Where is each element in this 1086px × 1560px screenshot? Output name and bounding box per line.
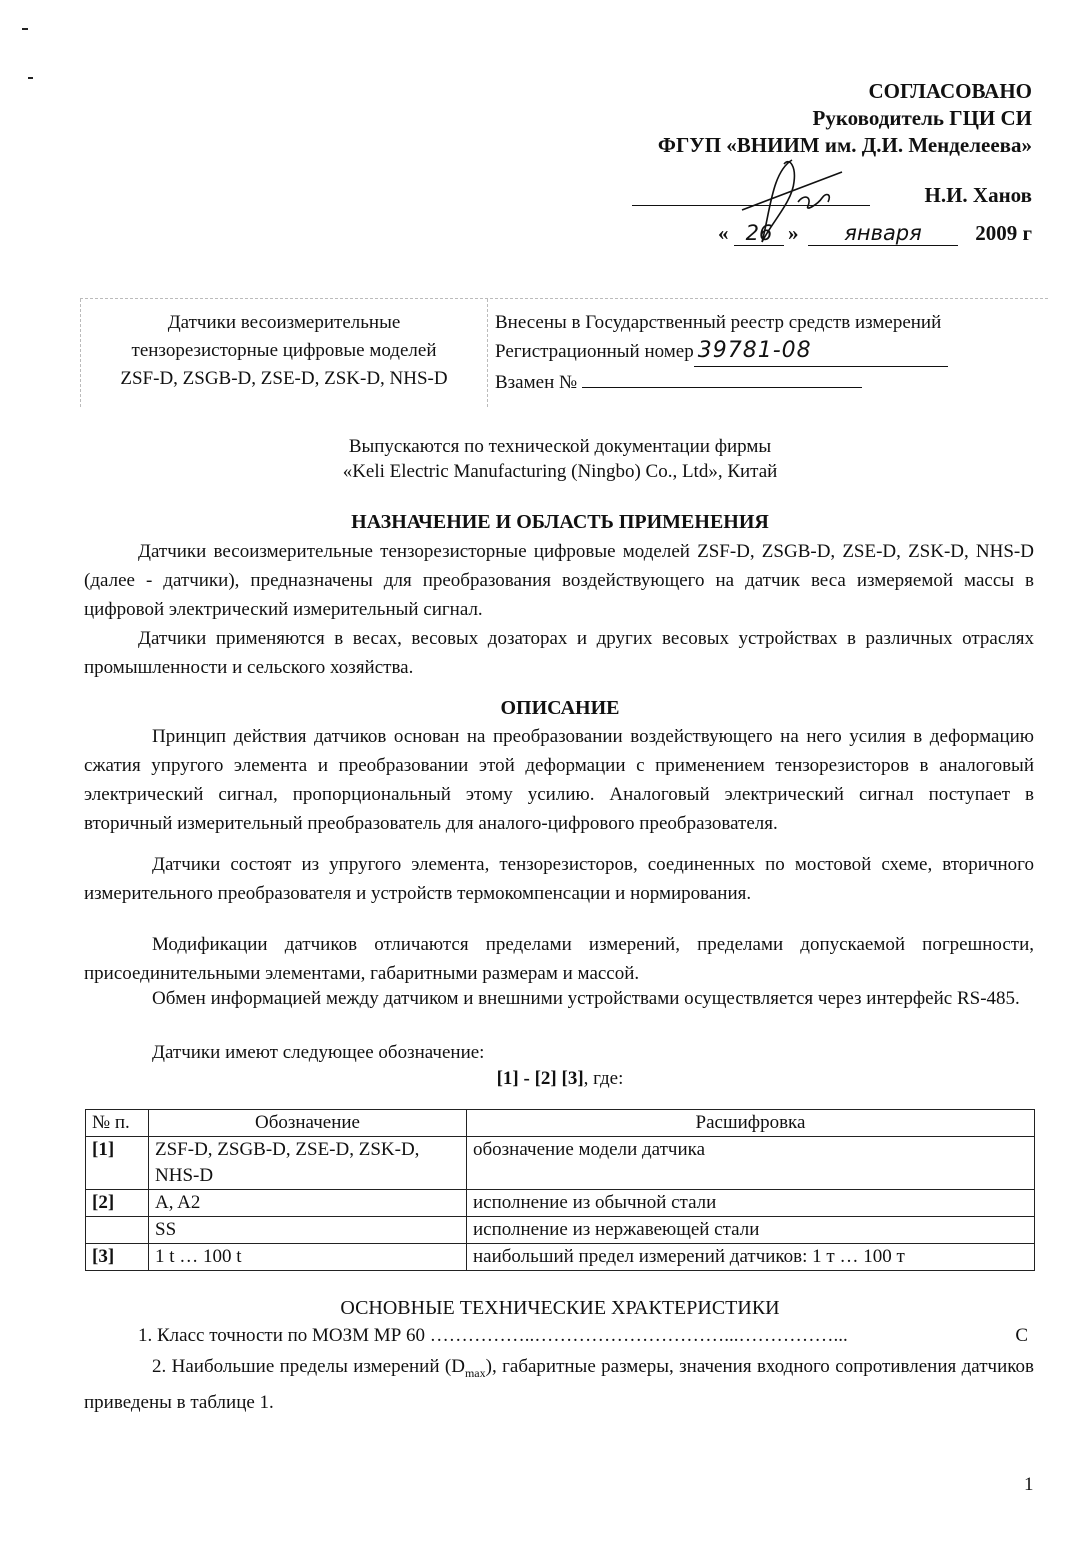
column-header: № п.: [86, 1110, 149, 1137]
signature-row: Н.И. Ханов: [632, 180, 1032, 210]
row-number: [86, 1217, 149, 1244]
column-header: Расшифровка: [467, 1110, 1035, 1137]
row-meaning: исполнение из обычной стали: [467, 1190, 1035, 1217]
device-name-line: Датчики весоизмерительные: [81, 309, 487, 337]
table-row: [2] A, A2 исполнение из обычной стали: [86, 1190, 1035, 1217]
paragraph: Модификации датчиков отличаются пределам…: [84, 930, 1034, 988]
row-code: A, A2: [149, 1190, 467, 1217]
registration-label: Регистрационный номер: [495, 341, 694, 362]
column-header: Обозначение: [149, 1110, 467, 1137]
section-heading-description: ОПИСАНИЕ: [60, 697, 1060, 720]
table-row: [1] ZSF-D, ZSGB-D, ZSE-D, ZSK-D, NHS-D о…: [86, 1137, 1035, 1190]
paragraph: Принцип действия датчиков основан на пре…: [84, 722, 1034, 838]
manufacturer-note: Выпускаются по технической документации …: [60, 434, 1060, 484]
registry-info: Внесены в Государственный реестр средств…: [495, 309, 948, 397]
date-year: 2009 г: [975, 221, 1032, 246]
paragraph: Датчики имеют следующее обозначение:: [84, 1038, 1034, 1067]
scan-artifact: [28, 77, 33, 79]
tech-item-value: С: [1013, 1325, 1028, 1347]
registry-header: Датчики весоизмерительные тензорезисторн…: [80, 298, 1048, 409]
registration-field: 39781-08: [694, 337, 948, 367]
paragraph: Датчики применяются в весах, весовых доз…: [84, 624, 1034, 682]
row-meaning: наибольший предел измерений датчиков: 1 …: [467, 1244, 1035, 1271]
scan-artifact: [22, 28, 28, 30]
approval-title: СОГЛАСОВАНО: [658, 78, 1032, 105]
formula-code: [1] - [2] [3]: [497, 1068, 584, 1089]
manufacturer-line: Выпускаются по технической документации …: [60, 434, 1060, 459]
paragraph: Датчики состоят из упругого элемента, те…: [84, 850, 1034, 908]
row-number: [2]: [86, 1190, 149, 1217]
date-day: 26: [734, 221, 784, 246]
row-meaning: исполнение из нержавеющей стали: [467, 1217, 1035, 1244]
date-open-quote: «: [718, 221, 729, 246]
replacement-label: Взамен №: [495, 372, 577, 393]
device-name-line: ZSF-D, ZSGB-D, ZSE-D, ZSK-D, NHS-D: [81, 365, 487, 393]
table-header-row: № п. Обозначение Расшифровка: [86, 1110, 1035, 1137]
row-meaning: обозначение модели датчика: [467, 1137, 1035, 1190]
table-row: [3] 1 t … 100 t наибольший предел измере…: [86, 1244, 1035, 1271]
registration-number-row: Регистрационный номер39781-08: [495, 337, 948, 367]
date-close-quote: »: [788, 221, 799, 246]
approval-position: Руководитель ГЦИ СИ: [658, 105, 1032, 132]
subscript: max: [465, 1366, 486, 1380]
designation-formula: [1] - [2] [3], где:: [60, 1068, 1060, 1090]
row-code: ZSF-D, ZSGB-D, ZSE-D, ZSK-D, NHS-D: [149, 1137, 467, 1190]
row-code: SS: [149, 1217, 467, 1244]
page-number: 1: [1024, 1474, 1034, 1496]
tech-item-accuracy-class: 1. Класс точности по МОЗМ МР 60 ……………..……: [138, 1325, 1028, 1347]
row-number: [3]: [86, 1244, 149, 1271]
tech-item-max-limits: 2. Наибольшие пределы измерений (Dmax), …: [84, 1352, 1034, 1417]
device-name-line: тензорезисторные цифровые моделей: [81, 337, 487, 365]
table-row: SS исполнение из нержавеющей стали: [86, 1217, 1035, 1244]
registration-number: 39781-08: [694, 338, 812, 363]
approval-block: СОГЛАСОВАНО Руководитель ГЦИ СИ ФГУП «ВН…: [658, 78, 1032, 159]
paragraph: Датчики весоизмерительные тензорезисторн…: [84, 537, 1034, 624]
approval-date: « 26 » января 2009 г: [712, 218, 1032, 248]
section-heading-purpose: НАЗНАЧЕНИЕ И ОБЛАСТЬ ПРИМЕНЕНИЯ: [60, 511, 1060, 534]
text-part: 2. Наибольшие пределы измерений (D: [152, 1356, 465, 1377]
manufacturer-line: «Keli Electric Manufacturing (Ningbo) Co…: [60, 459, 1060, 484]
paragraph: Обмен информацией между датчиком и внешн…: [84, 984, 1034, 1013]
dot-leader: ……………..…………………………...……………...: [430, 1325, 848, 1346]
replacement-row: Взамен №: [495, 367, 948, 397]
registry-statement: Внесены в Государственный реестр средств…: [495, 309, 948, 337]
signatory-name: Н.И. Ханов: [924, 183, 1032, 208]
row-code: 1 t … 100 t: [149, 1244, 467, 1271]
replacement-field: [582, 367, 862, 388]
device-name-box: Датчики весоизмерительные тензорезисторн…: [80, 299, 488, 407]
formula-suffix: , где:: [584, 1068, 624, 1089]
row-number: [1]: [86, 1137, 149, 1190]
section-heading-technical: ОСНОВНЫЕ ТЕХНИЧЕСКИЕ ХРАКТЕРИСТИКИ: [60, 1297, 1060, 1320]
tech-item-label: 1. Класс точности по МОЗМ МР 60: [138, 1325, 425, 1346]
designation-table: № п. Обозначение Расшифровка [1] ZSF-D, …: [85, 1109, 1035, 1271]
date-month: января: [808, 221, 958, 246]
